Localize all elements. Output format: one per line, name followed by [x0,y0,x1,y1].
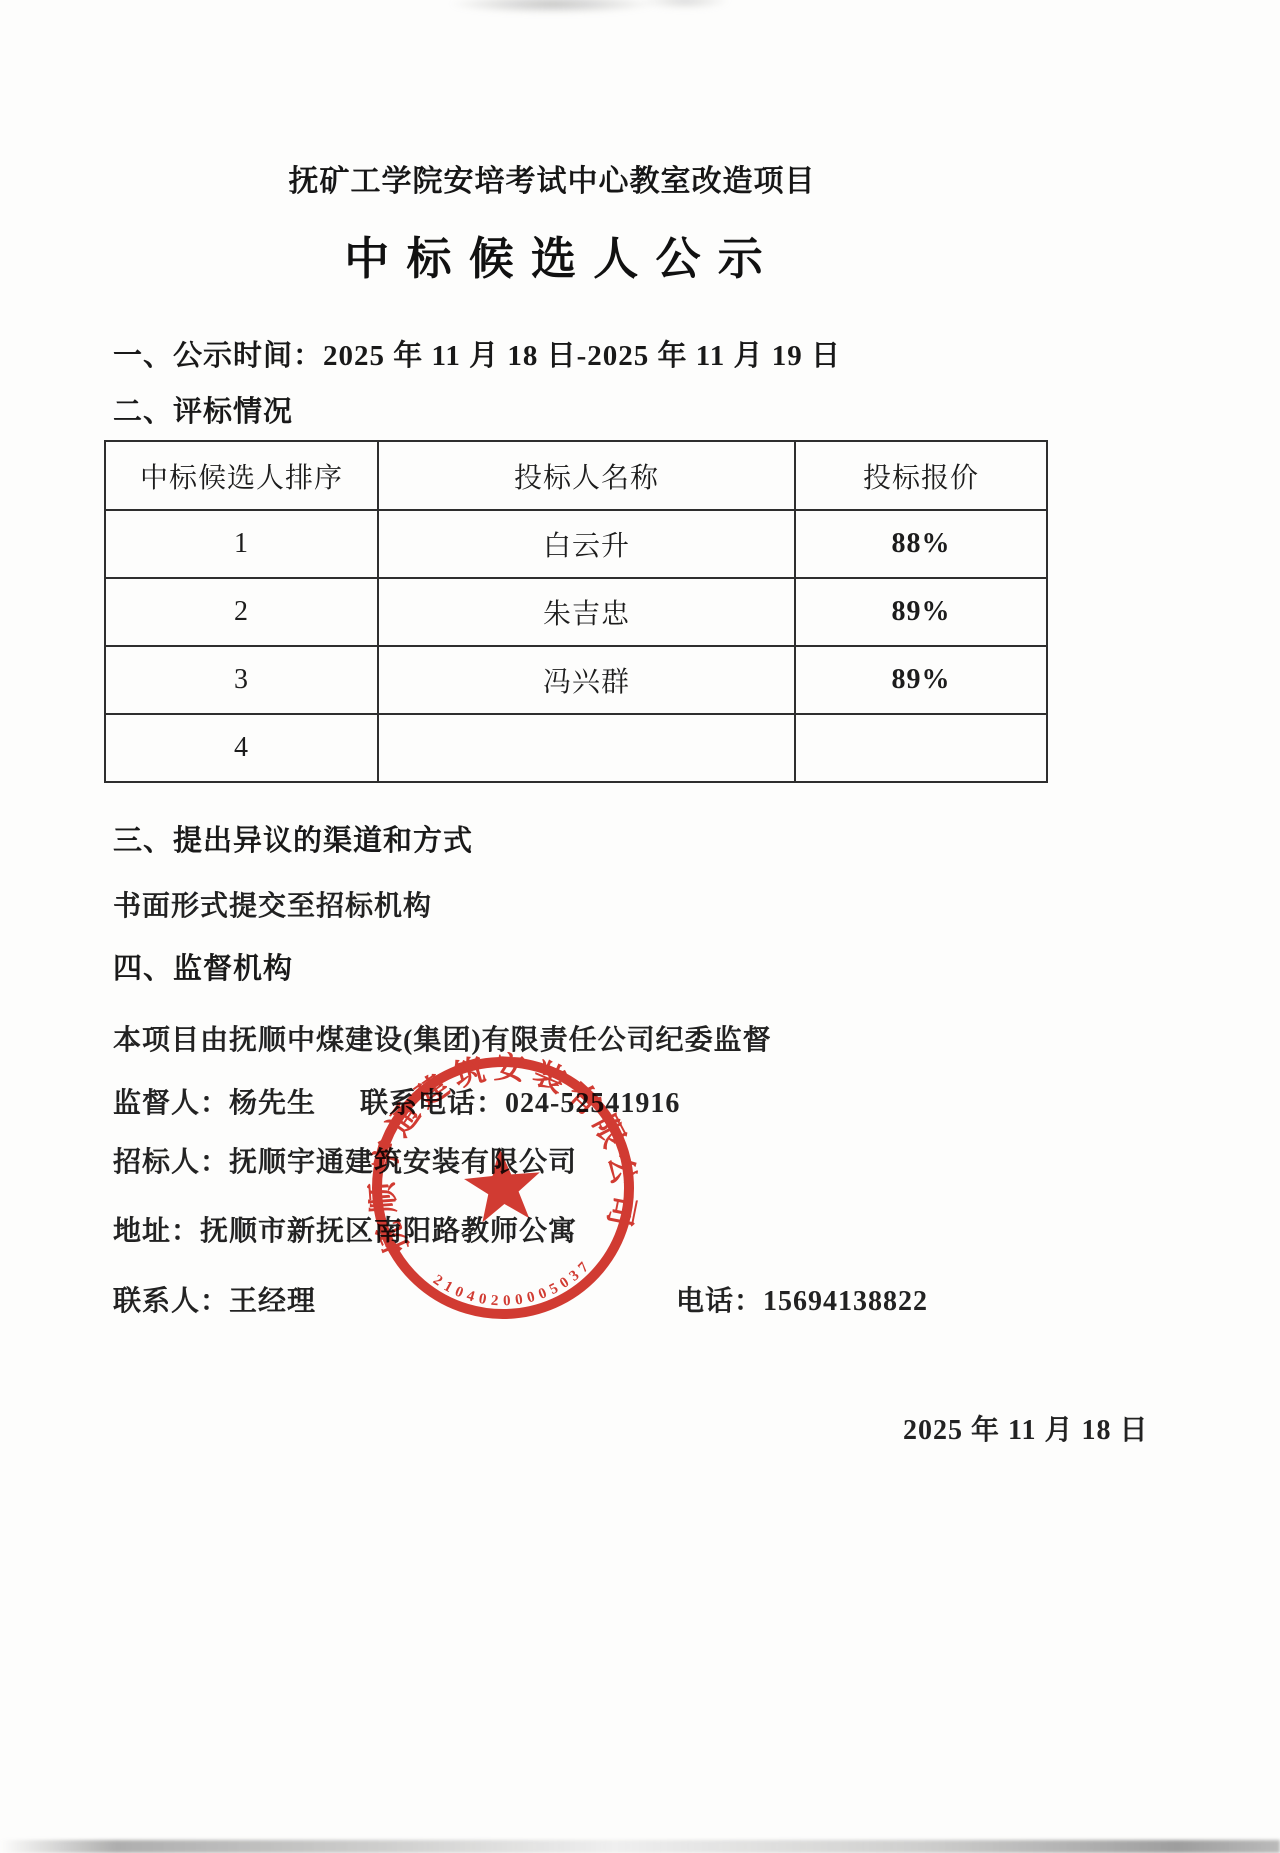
scan-artifact-top-2 [640,0,730,10]
section-3-heading: 三、提出异议的渠道和方式 [113,818,473,859]
supervisor-name: 监督人：杨先生 [113,1088,316,1119]
section-4-heading: 四、监督机构 [113,946,293,987]
table-header-bidder: 投标人名称 [378,441,795,510]
price-cell: 89% [795,578,1047,646]
svg-text:抚顺宇通建筑安装有限公司: 抚顺宇通建筑安装有限公司 [367,1052,639,1260]
table-row: 1 白云升 88% [105,510,1047,578]
section-1-heading: 一、公示时间：2025 年 11 月 18 日-2025 年 11 月 19 日 [113,333,841,374]
scan-artifact-bottom [0,1840,1280,1853]
table-row: 2 朱吉忠 89% [105,578,1047,646]
table-row: 4 [105,714,1047,782]
contact-person-line: 联系人：王经理 [113,1279,316,1319]
rank-cell: 4 [105,714,378,782]
bidder-cell [378,714,795,782]
table-header-rank: 中标候选人排序 [105,441,378,510]
bid-evaluation-table: 中标候选人排序 投标人名称 投标报价 1 白云升 88% 2 朱吉忠 89% 3… [104,440,1048,783]
bidder-cell: 朱吉忠 [378,578,795,646]
date-line: 2025 年 11 月 18 日 [903,1408,1148,1448]
rank-cell: 1 [105,510,378,578]
rank-cell: 2 [105,578,378,646]
project-title: 抚矿工学院安培考试中心教室改造项目 [0,156,1104,200]
table-header-row: 中标候选人排序 投标人名称 投标报价 [105,441,1047,510]
table-row: 3 冯兴群 89% [105,646,1047,714]
page-title: 中 标 候 选 人 公 示 [0,222,1110,287]
price-cell: 89% [795,646,1047,714]
rank-cell: 3 [105,646,378,714]
bidder-cell: 冯兴群 [378,646,795,714]
objection-method-line: 书面形式提交至招标机构 [113,884,432,924]
price-cell: 88% [795,510,1047,578]
contact-phone-line: 电话：15694138822 [676,1279,928,1319]
price-cell [795,714,1047,782]
seal-star-icon [462,1145,544,1224]
scan-artifact-top [448,0,658,14]
section-2-heading: 二、评标情况 [113,389,293,430]
seal-company-text: 抚顺宇通建筑安装有限公司 [367,1052,639,1260]
bidder-cell: 白云升 [378,510,795,578]
document-page: 抚矿工学院安培考试中心教室改造项目 中 标 候 选 人 公 示 一、公示时间：2… [0,0,1280,1853]
table-header-price: 投标报价 [795,441,1047,510]
official-seal: 抚顺宇通建筑安装有限公司 210402000050374 [367,1052,639,1324]
